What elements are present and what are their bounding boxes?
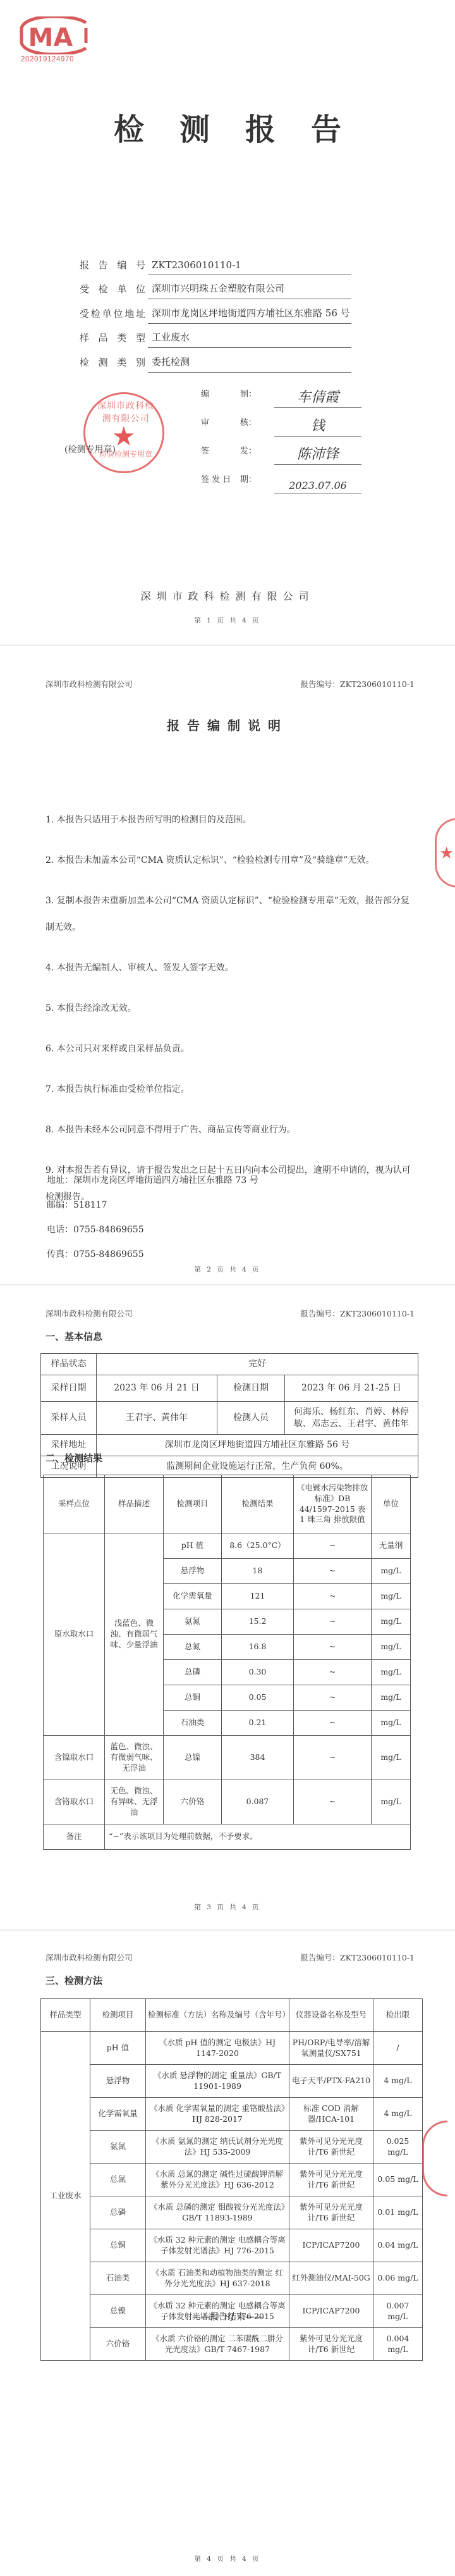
results-page: 深圳市政科检测有限公司 报告编号：ZKT2306010110-1 一、基本信息 …	[0, 1285, 455, 1929]
results-table: 采样点位 样品描述 检测项目 检测结果 《电镀水污染物排放标准》DB 44/15…	[43, 1475, 411, 1850]
notes-page: 深圳市政科检测有限公司 报告编号：ZKT2306010110-1 报告编制说明 …	[0, 646, 455, 1284]
table-row: 化学需氧量《水质 化学需氧量的测定 重铬酸盐法》HJ 828-2017标准 CO…	[41, 2098, 423, 2131]
note-item: 7. 本报告执行标准由受检单位指定。	[45, 1076, 416, 1103]
note-item: 3. 复制本报告未重新加盖本公司“CMA 资质认定标识”、“检验检测专用章”无效…	[45, 888, 416, 941]
cover-page: MA 202019124970 检测报告 报告编号 ZKT2306010110-…	[0, 0, 455, 645]
contact-address: 地址：深圳市龙岗区坪地街道四方埔社区东雅路 73 号	[47, 1168, 258, 1193]
field-report-no: 报告编号 ZKT2306010110-1	[80, 251, 351, 275]
header-report-no: 报告编号：ZKT2306010110-1	[300, 678, 415, 690]
page-number: 第 3 页 共 4 页	[0, 1902, 455, 1912]
note-item: 2. 本报告未加盖本公司“CMA 资质认定标识”、“检验检测专用章”及“骑缝章”…	[45, 847, 416, 874]
note-item: 1. 本报告只适用于本报告所写明的检测目的及范围。	[45, 807, 416, 833]
perforation-seal: ★	[435, 818, 455, 888]
note-item: 8. 本报告未经本公司同意不得用于广告、商品宣传等商业行为。	[45, 1117, 416, 1143]
field-sample-type: 样品类型 工业废水	[80, 324, 351, 349]
table-row: 工业废水 pH 值《水质 pH 值的测定 电极法》HJ 1147-2020PH/…	[41, 2032, 423, 2065]
table-row: 采样日期 2023 年 06 月 21 日 检测日期 2023 年 06 月 2…	[41, 1375, 418, 1402]
section-methods-title: 三、检测方法	[45, 1974, 102, 1987]
seal-label: (检测专用章)	[64, 443, 116, 455]
svg-text:MA: MA	[28, 23, 73, 53]
table-row: 总磷《水质 总磷的测定 钼酸铵分光光度法》GB/T 11893-1989紫外可见…	[41, 2196, 423, 2229]
table-row: 原水取水口 浅蓝色、微浊、有微弱气味、少量浮油 pH 值 8.6（25.0°C）…	[44, 1533, 411, 1559]
contact-info: 地址：深圳市龙岗区坪地街道四方埔社区东雅路 73 号 邮编：518117 电话：…	[47, 1168, 258, 1267]
notes-list: 1. 本报告只适用于本报告所写明的检测目的及范围。 2. 本报告未加盖本公司“C…	[45, 807, 416, 1224]
field-client-address: 受检单位地址 深圳市龙岗区坪地街道四方埔社区东雅路 56 号	[80, 299, 351, 324]
contact-fax: 传真：0755-84869655	[47, 1242, 258, 1267]
cover-fields: 报告编号 ZKT2306010110-1 受检单位 深圳市兴明珠五金塑胶有限公司…	[80, 251, 351, 373]
page-number: 第 4 页 共 4 页	[0, 2554, 455, 2563]
signature-reviewer: 审核： 钱	[201, 408, 391, 437]
header-report-no: 报告编号：ZKT2306010110-1	[300, 1952, 415, 1963]
table-header-row: 采样点位 样品描述 检测项目 检测结果 《电镀水污染物排放标准》DB 44/15…	[44, 1475, 411, 1533]
methods-table: 样品类型 检测项目 检测标准（方法）名称及编号（含年号） 仪器设备名称及型号 检…	[40, 1998, 423, 2361]
field-client: 受检单位 深圳市兴明珠五金塑胶有限公司	[80, 275, 351, 300]
report-title: 检测报告	[0, 105, 455, 149]
table-row: 含镍取水口 蓝色、微浊、有微弱气味、无浮油 总镍 384 ~ mg/L	[44, 1736, 411, 1780]
signature: 车倩霞	[274, 387, 361, 406]
cma-logo: MA 202019124970	[19, 16, 92, 63]
signature-block: 编制： 车倩霞 审核： 钱 签发： 陈沛锋 签 发 日期： 2023.07.06	[201, 380, 391, 493]
signature: 钱	[274, 415, 361, 435]
note-item: 4. 本报告无编制人、审核人、签发人签字无效。	[45, 955, 416, 981]
field-test-category: 检测类别 委托检测	[80, 348, 351, 373]
page-header: 深圳市政科检测有限公司 报告编号：ZKT2306010110-1	[45, 678, 415, 690]
signature-approver: 签发： 陈沛锋	[201, 437, 391, 465]
page-number: 第 1 页 共 4 页	[0, 616, 455, 625]
header-company: 深圳市政科检测有限公司	[45, 1952, 133, 1963]
table-row: 总铜《水质 32 种元素的测定 电感耦合等离子体发射光谱法》HJ 776-201…	[41, 2229, 423, 2262]
methods-page: 深圳市政科检测有限公司 报告编号：ZKT2306010110-1 三、检测方法 …	[0, 1931, 455, 2576]
note-item: 5. 本报告经涂改无效。	[45, 995, 416, 1022]
table-row: 含铬取水口 无色、微浊、有异味、无浮油 六价铬 0.087 ~ mg/L	[44, 1780, 411, 1824]
note-item: 6. 本公司只对来样或自采样品负责。	[45, 1036, 416, 1062]
table-row: 六价铬《水质 六价铬的测定 二苯碳酰二肼分光光度法》GB/T 7467-1987…	[41, 2328, 423, 2361]
table-row: 总氮《水质 总氮的测定 碱性过硫酸钾消解紫外分光光度法》HJ 636-2012紫…	[41, 2164, 423, 2196]
official-seal: 深圳市政科检测有限公司 ★ 检验检测专用章	[83, 392, 164, 473]
header-company: 深圳市政科检测有限公司	[45, 678, 133, 690]
signature: 陈沛锋	[274, 443, 361, 463]
notes-title: 报告编制说明	[0, 715, 455, 734]
remark-row: 备注 “~”表示该项目为处理前数据，不予要求。	[44, 1824, 411, 1850]
section-results-title: 二、检测结果	[45, 1451, 102, 1464]
table-row: 采样人员 王君宇、黄伟年 检测人员 何海乐、杨红东、肖婷、林停敏、邓志云、王君宇…	[41, 1402, 418, 1435]
page-header: 深圳市政科检测有限公司 报告编号：ZKT2306010110-1	[45, 1308, 415, 1319]
page-number: 第 2 页 共 4 页	[0, 1265, 455, 1274]
header-company: 深圳市政科检测有限公司	[45, 1308, 133, 1319]
header-report-no: 报告编号：ZKT2306010110-1	[300, 1308, 415, 1319]
table-row: 石油类《水质 石油类和动植物油类的测定 红外分光光度法》HJ 637-2018红…	[41, 2262, 423, 2295]
company-name: 深圳市政科检测有限公司	[0, 588, 455, 603]
page-header: 深圳市政科检测有限公司 报告编号：ZKT2306010110-1	[45, 1952, 415, 1963]
table-row: 悬浮物《水质 悬浮物的测定 重量法》GB/T 11901-1989电子天平/PT…	[41, 2065, 423, 2098]
table-row: 氨氮《水质 氨氮的测定 纳氏试剂分光光度法》HJ 535-2009紫外可见分光光…	[41, 2131, 423, 2164]
issue-date: 签 发 日期： 2023.07.06	[201, 465, 391, 493]
table-row: 样品状态 完好	[41, 1354, 418, 1375]
contact-phone: 电话：0755-84869655	[47, 1218, 258, 1242]
star-icon: ★	[439, 844, 454, 863]
report-end-marker: ——报告结束——	[0, 2310, 455, 2323]
cma-mark-icon: MA	[19, 16, 90, 54]
section-basic-info-title: 一、基本信息	[45, 1330, 102, 1343]
issue-date-value: 2023.07.06	[274, 480, 361, 492]
table-header-row: 样品类型 检测项目 检测标准（方法）名称及编号（含年号） 仪器设备名称及型号 检…	[41, 1999, 423, 2032]
cma-number: 202019124970	[19, 56, 92, 63]
signature-compiler: 编制： 车倩霞	[201, 380, 391, 408]
perforation-seal	[422, 2121, 447, 2196]
contact-postcode: 邮编：518117	[47, 1193, 258, 1218]
